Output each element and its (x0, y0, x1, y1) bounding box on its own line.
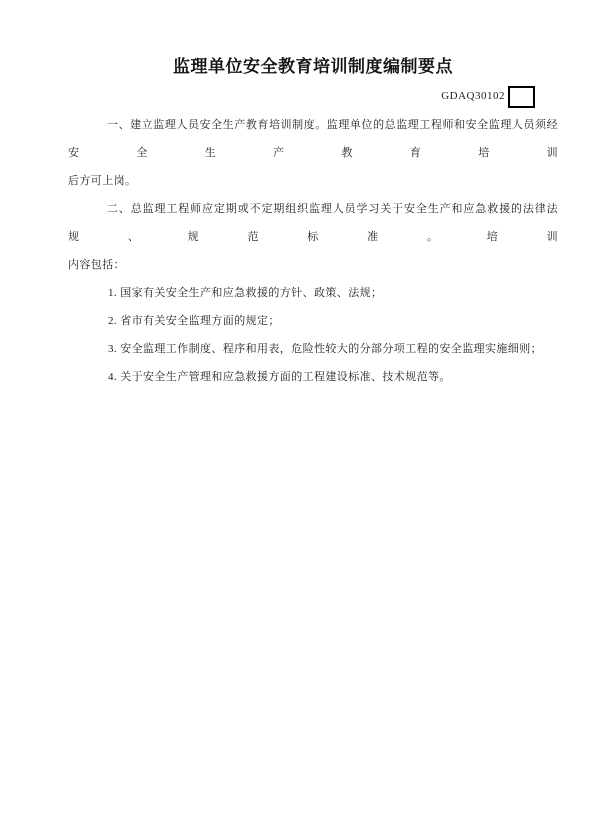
document-body: 一、建立监理人员安全生产教育培训制度。监理单位的总监理工程师和安全监理人员须经安… (68, 111, 558, 391)
document-title: 监理单位安全教育培训制度编制要点 (68, 56, 558, 78)
code-entry-box (508, 86, 535, 108)
list-item-3: 3. 安全监理工作制度、程序和用表，危险性较大的分部分项工程的安全监理实施细则； (68, 335, 558, 363)
paragraph-2-line-2: 内容包括： (68, 251, 558, 279)
paragraph-2-line-1: 二、总监理工程师应定期或不定期组织监理人员学习关于安全生产和应急救援的法律法规、… (68, 195, 558, 251)
paragraph-1-line-2: 后方可上岗。 (68, 167, 558, 195)
document-code-label: GDAQ30102 (441, 90, 505, 104)
document-code-row: GDAQ30102 (68, 86, 558, 108)
document-page: 监理单位安全教育培训制度编制要点 GDAQ30102 一、建立监理人员安全生产教… (0, 0, 590, 835)
list-item-2: 2. 省市有关安全监理方面的规定； (68, 307, 558, 335)
list-item-1: 1. 国家有关安全生产和应急救援的方针、政策、法规； (68, 279, 558, 307)
list-item-4: 4. 关于安全生产管理和应急救援方面的工程建设标准、技术规范等。 (68, 363, 558, 391)
paragraph-1-line-1: 一、建立监理人员安全生产教育培训制度。监理单位的总监理工程师和安全监理人员须经安… (68, 111, 558, 167)
